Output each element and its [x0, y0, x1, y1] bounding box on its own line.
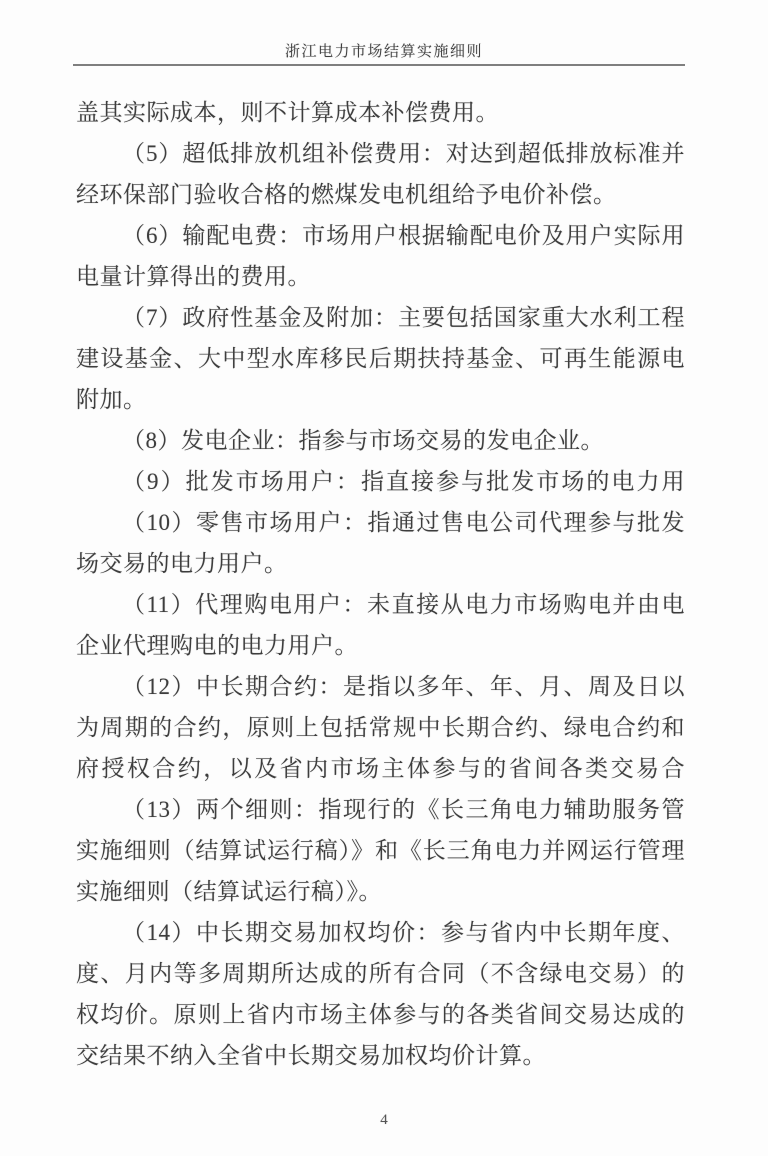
document-line: 度、月内等多周期所达成的所有合同（不含绿电交易）的加	[76, 953, 685, 994]
document-line: （8）发电企业：指参与市场交易的发电企业。	[76, 420, 685, 461]
header-title: 浙江电力市场结算实施细则	[0, 40, 768, 61]
document-line: （11）代理购电用户：未直接从电力市场购电并由电网	[76, 584, 685, 625]
document-line: 实施细则（结算试运行稿）》和《长三角电力并网运行管理	[76, 830, 685, 871]
document-line: 交结果不纳入全省中长期交易加权均价计算。	[76, 1035, 685, 1076]
document-line: （5）超低排放机组补偿费用：对达到超低排放标准并	[76, 133, 685, 174]
document-line: 实施细则（结算试运行稿）》。	[76, 871, 685, 912]
document-line: 权均价。原则上省内市场主体参与的各类省间交易达成的成	[76, 994, 685, 1035]
document-line: （12）中长期合约：是指以多年、年、月、周及日以上	[76, 666, 685, 707]
document-line: 盖其实际成本，则不计算成本补偿费用。	[76, 92, 685, 133]
document-line: （6）输配电费：市场用户根据输配电价及用户实际用	[76, 215, 685, 256]
document-line: 经环保部门验收合格的燃煤发电机组给予电价补偿。	[76, 174, 685, 215]
document-line: （13）两个细则：指现行的《长三角电力辅助服务管理	[76, 789, 685, 830]
document-line: 建设基金、大中型水库移民后期扶持基金、可再生能源电价	[76, 338, 685, 379]
page-number: 4	[0, 1112, 768, 1129]
document-line: （10）零售市场用户：指通过售电公司代理参与批发市	[76, 502, 685, 543]
document-line: （14）中长期交易加权均价：参与省内中长期年度、月	[76, 912, 685, 953]
document-line: （7）政府性基金及附加：主要包括国家重大水利工程	[76, 297, 685, 338]
document-line: 场交易的电力用户。	[76, 543, 685, 584]
document-body: 盖其实际成本，则不计算成本补偿费用。（5）超低排放机组补偿费用：对达到超低排放标…	[76, 92, 685, 1076]
document-line: 电量计算得出的费用。	[76, 256, 685, 297]
document-line: （9）批发市场用户：指直接参与批发市场的电力用户。	[76, 461, 685, 502]
document-line: 企业代理购电的电力用户。	[76, 625, 685, 666]
document-line: 附加。	[76, 379, 685, 420]
document-line: 府授权合约，以及省内市场主体参与的省间各类交易合约。	[76, 748, 685, 789]
header-rule	[73, 64, 685, 66]
document-line: 为周期的合约，原则上包括常规中长期合约、绿电合约和政	[76, 707, 685, 748]
document-page: 浙江电力市场结算实施细则 盖其实际成本，则不计算成本补偿费用。（5）超低排放机组…	[0, 0, 768, 1156]
